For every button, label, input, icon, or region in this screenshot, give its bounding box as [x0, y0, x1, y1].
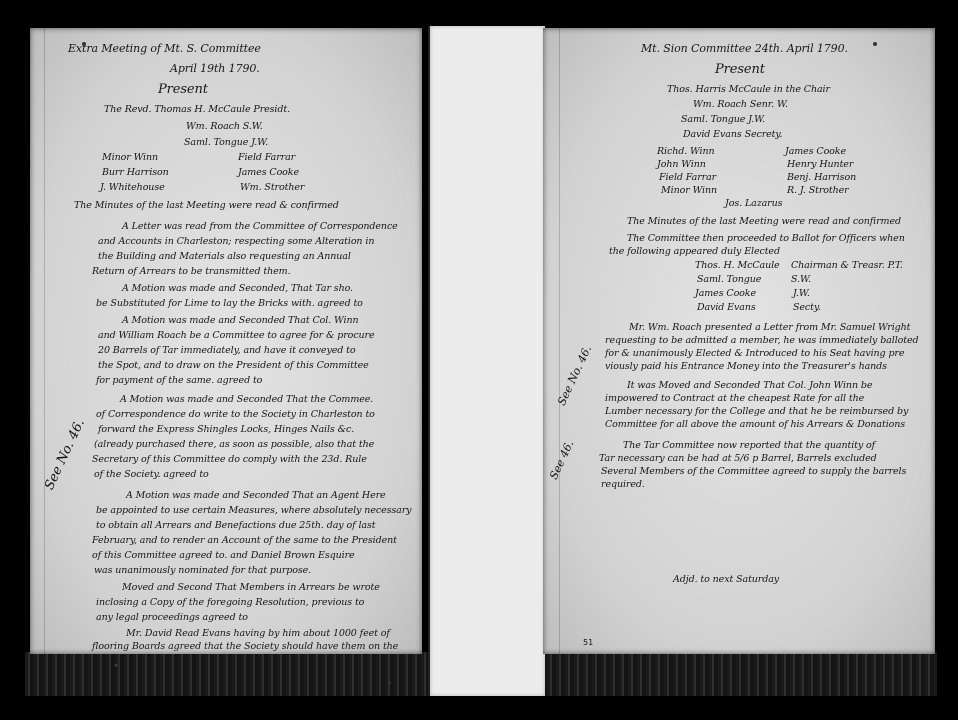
officer-line: Saml. Tongue J.W.	[184, 137, 268, 148]
member-name: Minor Winn	[661, 185, 717, 196]
elected-officer-role: Chairman & Treasr. P.T.	[791, 260, 903, 271]
minutes-line: Mr. David Read Evans having by him about…	[126, 628, 390, 639]
elected-officer-role: J.W.	[793, 288, 810, 299]
member-name: Field Farrar	[238, 152, 295, 163]
member-name: Burr Harrison	[102, 167, 169, 178]
blank-paper-slip	[428, 26, 545, 696]
president-line: The Revd. Thomas H. McCaule Presidt.	[104, 104, 290, 115]
elected-officer-name: Thos. H. McCaule	[695, 260, 780, 271]
minutes-line: and William Roach be a Committee to agre…	[98, 330, 375, 341]
elected-officer-role: S.W.	[791, 274, 811, 285]
manuscript-page-left: Extra Meeting of Mt. S. Committee April …	[30, 28, 422, 654]
member-name: Field Farrar	[659, 172, 716, 183]
minutes-line: The Committee then proceeded to Ballot f…	[627, 233, 905, 244]
member-name: Jos. Lazarus	[725, 198, 782, 209]
member-name: John Winn	[657, 159, 706, 170]
member-name: Wm. Strother	[240, 182, 304, 193]
minutes-line: forward the Express Shingles Locks, Hing…	[98, 424, 354, 435]
present-heading: Present	[158, 82, 208, 97]
meeting-title: Mt. Sion Committee 24th. April 1790.	[641, 42, 848, 55]
officer-line: David Evans Secrety.	[683, 129, 782, 140]
minutes-line: required.	[601, 479, 645, 490]
meeting-date: April 19th 1790.	[170, 62, 260, 75]
chair-line: Thos. Harris McCaule in the Chair	[667, 84, 830, 95]
ruled-margin-line	[559, 28, 560, 654]
member-name: Richd. Winn	[657, 146, 715, 157]
minutes-line: to obtain all Arrears and Benefactions d…	[96, 520, 375, 531]
minutes-line: Lumber necessary for the College and tha…	[605, 406, 908, 417]
ink-speck	[873, 42, 877, 46]
minutes-line: the following appeared duly Elected	[609, 246, 780, 257]
minutes-line: for & unanimously Elected & Introduced t…	[605, 348, 904, 359]
margin-note-see-no-46: See No. 46.	[42, 417, 88, 493]
minutes-line: Return of Arrears to be transmitted them…	[92, 266, 291, 277]
minutes-line: impowered to Contract at the cheapest Ra…	[605, 393, 864, 404]
minutes-line: The Tar Committee now reported that the …	[623, 440, 875, 451]
minutes-line: of the Society. agreed to	[94, 469, 209, 480]
member-name: Benj. Harrison	[787, 172, 856, 183]
minutes-line: Tar necessary can be had at 5/6 p Barrel…	[599, 453, 877, 464]
minutes-line: The Minutes of the last Meeting were rea…	[74, 200, 339, 211]
minutes-line: A Motion was made and Seconded, That Tar…	[122, 283, 353, 294]
member-name: James Cooke	[238, 167, 299, 178]
minutes-line: A Motion was made and Seconded That Col.…	[122, 315, 359, 326]
member-name: R. J. Strother	[787, 185, 849, 196]
minutes-line: It was Moved and Seconded That Col. John…	[627, 380, 872, 391]
minutes-line: The Minutes of the last Meeting were rea…	[627, 216, 901, 227]
minutes-line: for payment of the same. agreed to	[96, 375, 262, 386]
minutes-line: Secretary of this Committee do comply wi…	[92, 454, 367, 465]
minutes-line: Several Members of the Committee agreed …	[601, 466, 906, 477]
member-name: Henry Hunter	[787, 159, 853, 170]
minutes-line: Committee for all above the amount of hi…	[605, 419, 905, 430]
manuscript-page-right: Mt. Sion Committee 24th. April 1790. Pre…	[543, 28, 935, 654]
minutes-line: the Building and Materials also requesti…	[98, 251, 351, 262]
minutes-line: be appointed to use certain Measures, wh…	[96, 505, 411, 516]
margin-note-see-no-46: See No. 46.	[555, 343, 594, 407]
elected-officer-name: James Cooke	[695, 288, 756, 299]
ink-speck	[82, 42, 86, 46]
minutes-line: any legal proceedings agreed to	[96, 612, 248, 623]
minutes-line: inclosing a Copy of the foregoing Resolu…	[96, 597, 364, 608]
minutes-line: Mr. Wm. Roach presented a Letter from Mr…	[629, 322, 910, 333]
minutes-line: flooring Boards agreed that the Society …	[92, 641, 398, 652]
minutes-line: be Substituted for Lime to lay the Brick…	[96, 298, 363, 309]
minutes-line: requesting to be admitted a member, he w…	[605, 335, 918, 346]
minutes-line: and Accounts in Charleston; respecting s…	[98, 236, 374, 247]
officer-line: Wm. Roach Senr. W.	[693, 99, 788, 110]
minutes-line: A Motion was made and Seconded That the …	[120, 394, 373, 405]
minutes-line: February, and to render an Account of th…	[92, 535, 397, 546]
minutes-line: A Letter was read from the Committee of …	[122, 221, 398, 232]
ruled-margin-line	[44, 28, 45, 654]
minutes-line: 20 Barrels of Tar immediately, and have …	[98, 345, 355, 356]
page-number: 51	[583, 638, 593, 647]
minutes-line: was unanimously nominated for that purpo…	[94, 565, 311, 576]
member-name: Minor Winn	[102, 152, 158, 163]
meeting-title: Extra Meeting of Mt. S. Committee	[68, 42, 261, 55]
officer-line: Wm. Roach S.W.	[186, 121, 263, 132]
minutes-line: of Correspondence do write to the Societ…	[96, 409, 375, 420]
elected-officer-role: Secty.	[793, 302, 821, 313]
present-heading: Present	[715, 62, 765, 77]
officer-line: Saml. Tongue J.W.	[681, 114, 765, 125]
minutes-line: the Spot, and to draw on the President o…	[98, 360, 369, 371]
minutes-line: viously paid his Entrance Money into the…	[605, 361, 887, 372]
minutes-line: Moved and Second That Members in Arrears…	[122, 582, 380, 593]
elected-officer-name: Saml. Tongue	[697, 274, 761, 285]
minutes-line: A Motion was made and Seconded That an A…	[126, 490, 386, 501]
adjournment-line: Adjd. to next Saturday	[673, 574, 779, 585]
margin-note-see-46: See 46.	[547, 438, 576, 481]
member-name: James Cooke	[785, 146, 846, 157]
member-name: J. Whitehouse	[100, 182, 165, 193]
minutes-line: (already purchased there, as soon as pos…	[94, 439, 374, 450]
minutes-line: of this Committee agreed to. and Daniel …	[92, 550, 355, 561]
elected-officer-name: David Evans	[697, 302, 756, 313]
